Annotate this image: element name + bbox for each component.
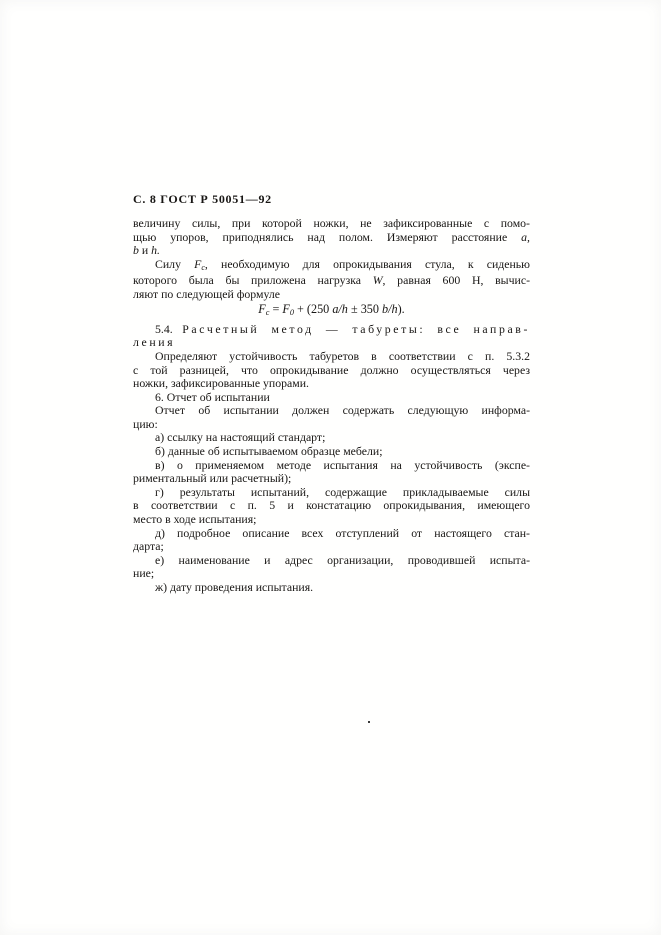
text-line: b и h. <box>133 244 530 258</box>
text-run: , необходимую для опрокидывания стула, к… <box>205 257 530 271</box>
text-run: в соответствии с п. 5 и констатацию опро… <box>133 498 530 512</box>
text-run: ляют по следующей формуле <box>133 287 280 301</box>
text-run: а) ссылку на настоящий стандарт; <box>155 430 325 444</box>
text-line: ние; <box>133 567 530 581</box>
text-line: а) ссылку на настоящий стандарт; <box>133 431 530 445</box>
text-run: W <box>373 273 383 287</box>
text-run: Отчет об испытании должен содержать след… <box>155 403 530 417</box>
text-line: риментальный или расчетный); <box>133 472 530 486</box>
text-run: 6. Отчет об испытании <box>155 390 270 404</box>
text-run: a, <box>521 230 530 244</box>
text-run: = <box>269 302 282 316</box>
text-line: которого была бы приложена нагрузка W, р… <box>133 274 530 288</box>
text-line: Определяют устойчивость табуретов в соот… <box>133 350 530 364</box>
text-run: г) результаты испытаний, содержащие прик… <box>155 485 530 499</box>
text-run: ). <box>398 302 405 316</box>
text-line: место в ходе испытания; <box>133 513 530 527</box>
text-line: 6. Отчет об испытании <box>133 391 530 405</box>
text-line: ления <box>133 336 530 350</box>
formula-line: Fс = F0 + (250 a/h ± 350 b/h). <box>133 303 530 319</box>
text-run: которого была бы приложена нагрузка <box>133 273 373 287</box>
text-line: с той разницей, что опрокидывание должно… <box>133 364 530 378</box>
text-line: Силу Fс, необходимую для опрокидывания с… <box>133 258 530 274</box>
text-run: риментальный или расчетный); <box>133 471 291 485</box>
text-run: ножки, зафиксированные упорами. <box>133 376 309 390</box>
text-run: цию: <box>133 417 158 431</box>
text-run: с той разницей, что опрокидывание должно… <box>133 363 530 377</box>
text-line: величину силы, при которой ножки, не заф… <box>133 217 530 231</box>
text-run: д) подробное описание всех отступлений о… <box>155 526 530 540</box>
text-line: дарта; <box>133 540 530 554</box>
document-body: величину силы, при которой ножки, не заф… <box>133 217 530 595</box>
text-line: е) наименование и адрес организации, про… <box>133 554 530 568</box>
text-run: место в ходе испытания; <box>133 512 256 526</box>
text-run: F <box>282 302 289 316</box>
text-run: Силу <box>155 257 194 271</box>
page-header: С. 8 ГОСТ Р 50051—92 <box>133 192 272 207</box>
text-run: ж) дату проведения испытания. <box>155 580 313 594</box>
text-line: ж) дату проведения испытания. <box>133 581 530 595</box>
text-run: щью упоров, приподнялись над полом. Изме… <box>133 230 521 244</box>
text-run: + (250 <box>294 302 332 316</box>
text-run: величину силы, при которой ножки, не заф… <box>133 216 530 230</box>
text-line: ножки, зафиксированные упорами. <box>133 377 530 391</box>
text-line: Отчет об испытании должен содержать след… <box>133 404 530 418</box>
text-line: г) результаты испытаний, содержащие прик… <box>133 486 530 500</box>
text-line: в) о применяемом методе испытания на уст… <box>133 459 530 473</box>
text-run: дарта; <box>133 539 164 553</box>
text-line: 5.4. Расчетный метод — табуреты: все нап… <box>133 323 530 337</box>
text-run: б) данные об испытываемом образце мебели… <box>155 444 382 458</box>
text-run: ления <box>133 335 175 349</box>
text-run: и <box>139 243 151 257</box>
text-run: a/h <box>332 302 348 316</box>
text-line: б) данные об испытываемом образце мебели… <box>133 445 530 459</box>
text-run: b/h <box>382 302 398 316</box>
text-run: ние; <box>133 566 154 580</box>
text-run: Расчетный метод — табуреты: все направ- <box>182 322 530 336</box>
text-run: , равная 600 Н, вычис- <box>383 273 530 287</box>
text-run: h. <box>151 243 160 257</box>
text-line: цию: <box>133 418 530 432</box>
text-line: д) подробное описание всех отступлений о… <box>133 527 530 541</box>
scan-artifact-dot <box>368 721 370 723</box>
text-run: F <box>258 302 265 316</box>
text-line: щью упоров, приподнялись над полом. Изме… <box>133 231 530 245</box>
text-run: 5.4. <box>155 322 182 336</box>
text-line: ляют по следующей формуле <box>133 288 530 302</box>
text-run: ± 350 <box>348 302 382 316</box>
text-run: в) о применяемом методе испытания на уст… <box>155 458 530 472</box>
text-line: в соответствии с п. 5 и констатацию опро… <box>133 499 530 513</box>
scanned-document-page: С. 8 ГОСТ Р 50051—92 величину силы, при … <box>0 0 661 935</box>
text-run: Определяют устойчивость табуретов в соот… <box>155 349 530 363</box>
text-run: е) наименование и адрес организации, про… <box>155 553 530 567</box>
